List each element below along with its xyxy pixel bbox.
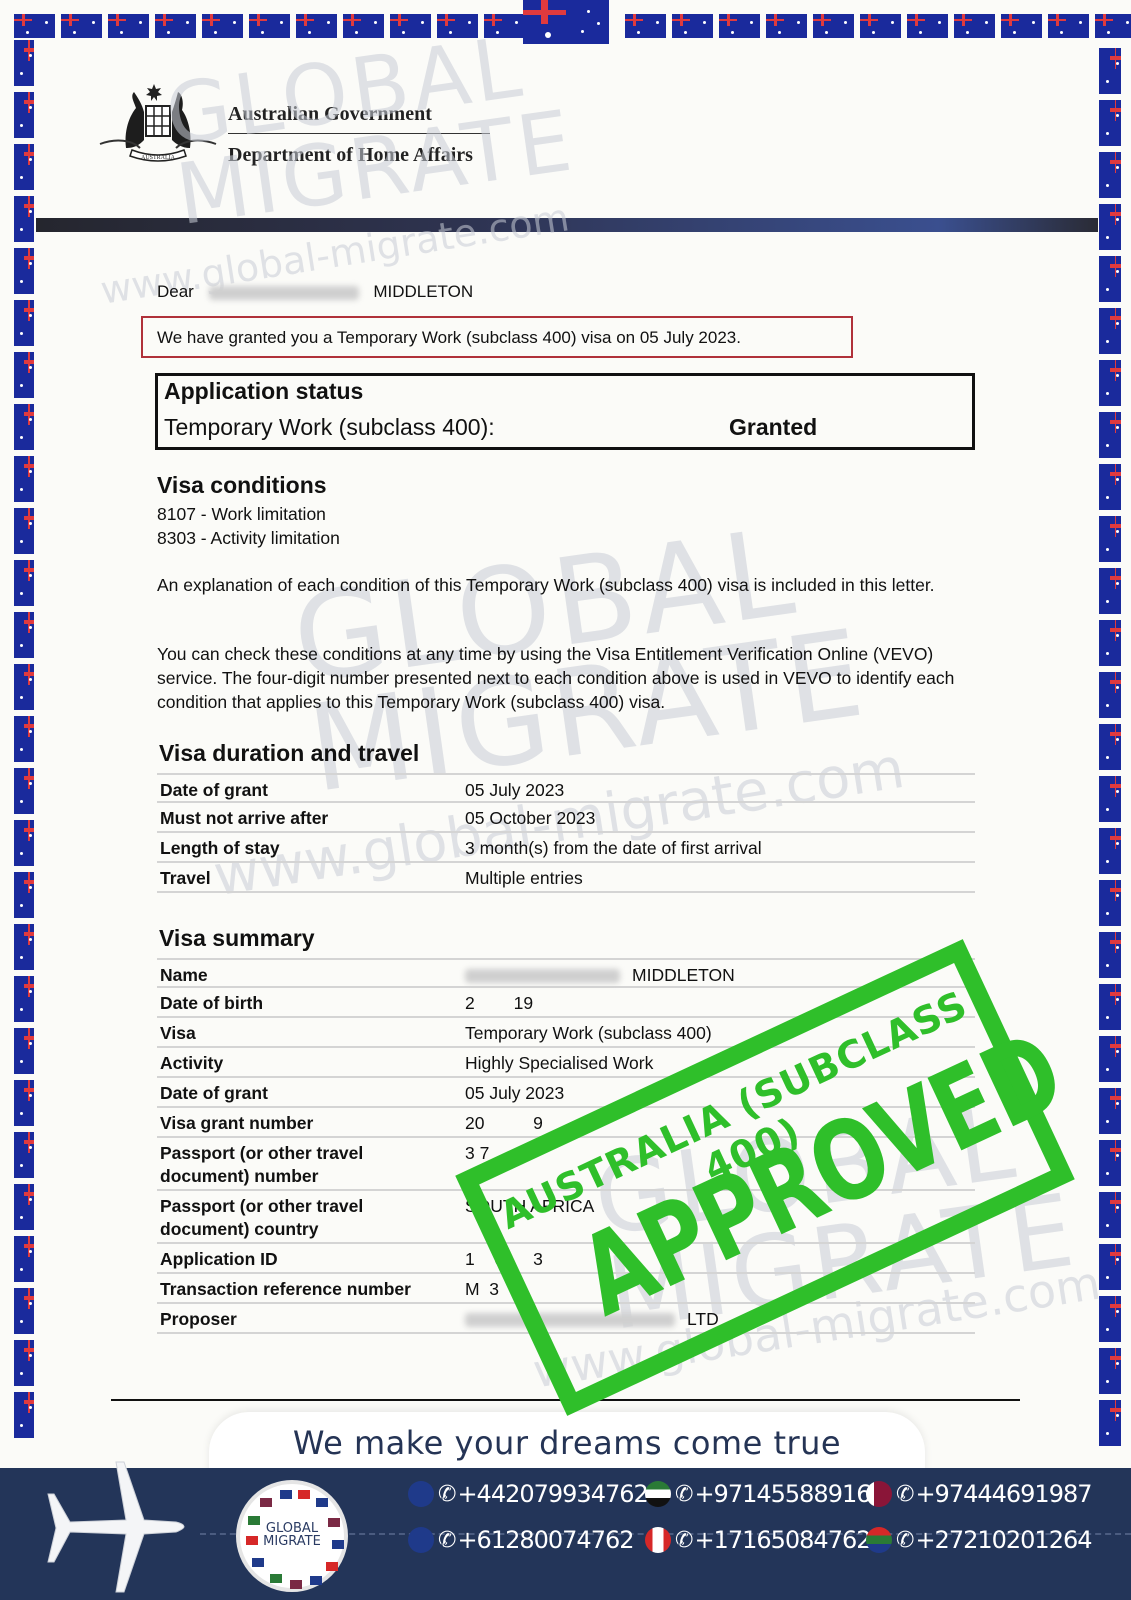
row-label: Proposer bbox=[157, 1308, 465, 1332]
uk-flag-icon bbox=[408, 1481, 434, 1507]
condition-item: 8107 - Work limitation bbox=[157, 502, 326, 526]
phone-australia[interactable]: ✆+61280074762 bbox=[408, 1526, 634, 1554]
application-status-box: Application status Temporary Work (subcl… bbox=[155, 373, 975, 450]
applicant-surname: MIDDLETON bbox=[373, 282, 473, 301]
row-label: Visa bbox=[157, 1022, 465, 1046]
phone-number[interactable]: +27210201264 bbox=[915, 1526, 1091, 1554]
row-label: Must not arrive after bbox=[157, 807, 465, 831]
phone-icon: ✆ bbox=[438, 1528, 455, 1553]
phone-canada[interactable]: ✆+17165084762 bbox=[645, 1526, 871, 1554]
global-migrate-logo: GLOBALMIGRATE bbox=[236, 1480, 348, 1592]
duration-heading: Visa duration and travel bbox=[159, 740, 419, 767]
row-value-text: MIDDLETON bbox=[632, 965, 735, 985]
south-africa-flag-icon bbox=[866, 1527, 892, 1553]
row-label: Application ID bbox=[157, 1248, 465, 1272]
header-bar bbox=[36, 218, 1098, 232]
vevo-explanation: You can check these conditions at any ti… bbox=[157, 642, 973, 714]
conditions-heading: Visa conditions bbox=[157, 472, 327, 499]
phone-icon: ✆ bbox=[896, 1528, 913, 1553]
phone-qatar[interactable]: ✆+97444691987 bbox=[866, 1480, 1092, 1508]
row-label: Date of grant bbox=[157, 1082, 465, 1106]
row-value: 05 October 2023 bbox=[465, 807, 975, 831]
redacted-given-name bbox=[209, 286, 359, 300]
duration-table: Date of grant05 July 2023Must not arrive… bbox=[157, 773, 975, 893]
row-label: Name bbox=[157, 964, 465, 986]
row-label: Visa grant number bbox=[157, 1112, 465, 1136]
condition-item: 8303 - Activity limitation bbox=[157, 526, 340, 550]
flag-border-right bbox=[1099, 40, 1121, 1440]
airplane-icon bbox=[26, 1458, 186, 1600]
redacted-value bbox=[465, 969, 620, 983]
row-label: Length of stay bbox=[157, 837, 465, 861]
phone-icon: ✆ bbox=[438, 1482, 455, 1507]
row-label: Passport (or other travel document) numb… bbox=[157, 1142, 450, 1189]
phone-number[interactable]: +17165084762 bbox=[694, 1526, 870, 1554]
svg-text:AUSTRALIA: AUSTRALIA bbox=[141, 155, 176, 161]
phone-icon: ✆ bbox=[896, 1482, 913, 1507]
row-value: Multiple entries bbox=[465, 867, 975, 891]
table-row: TravelMultiple entries bbox=[157, 863, 975, 893]
phone-number[interactable]: +61280074762 bbox=[457, 1526, 633, 1554]
phone-icon: ✆ bbox=[675, 1528, 692, 1553]
tagline: We make your dreams come true bbox=[209, 1424, 925, 1462]
row-value: 3 month(s) from the date of first arriva… bbox=[465, 837, 975, 861]
table-row: Length of stay3 month(s) from the date o… bbox=[157, 833, 975, 863]
phone-icon: ✆ bbox=[675, 1482, 692, 1507]
row-label: Date of birth bbox=[157, 992, 465, 1016]
row-label: Travel bbox=[157, 867, 465, 891]
salutation: Dear MIDDLETON bbox=[157, 282, 473, 302]
row-label: Passport (or other travel document) coun… bbox=[157, 1195, 450, 1242]
canada-flag-icon bbox=[645, 1527, 671, 1553]
row-label: Transaction reference number bbox=[157, 1278, 465, 1302]
conditions-explanation: An explanation of each condition of this… bbox=[157, 573, 967, 597]
row-value: 05 July 2023 bbox=[465, 779, 975, 801]
grant-notice-box: We have granted you a Temporary Work (su… bbox=[141, 316, 853, 358]
status-heading: Application status bbox=[164, 378, 363, 405]
table-row: Date of grant05 July 2023 bbox=[157, 773, 975, 803]
phone-uae[interactable]: ✆+97145588916 bbox=[645, 1480, 871, 1508]
contact-footer: GLOBALMIGRATE ✆+442079934762✆+9714558891… bbox=[0, 1468, 1131, 1600]
department-title: Department of Home Affairs bbox=[228, 144, 473, 167]
coat-of-arms-icon: AUSTRALIA bbox=[96, 78, 220, 170]
phone-number[interactable]: +97444691987 bbox=[915, 1480, 1091, 1508]
phone-uk[interactable]: ✆+442079934762 bbox=[408, 1480, 648, 1508]
phone-number[interactable]: +97145588916 bbox=[694, 1480, 870, 1508]
status-label: Temporary Work (subclass 400): bbox=[164, 414, 495, 441]
row-label: Date of grant bbox=[157, 779, 465, 801]
table-row: Must not arrive after05 October 2023 bbox=[157, 803, 975, 833]
grant-notice: We have granted you a Temporary Work (su… bbox=[157, 328, 741, 348]
header-divider bbox=[228, 133, 490, 134]
uae-flag-icon bbox=[645, 1481, 671, 1507]
australia-flag-icon bbox=[408, 1527, 434, 1553]
flag-border-left bbox=[14, 40, 34, 1440]
watermark-brand: GLOBALMIGRATE bbox=[161, 21, 580, 235]
table-row: NameMIDDLETON bbox=[157, 958, 975, 988]
status-badge: Granted bbox=[729, 414, 817, 441]
qatar-flag-icon bbox=[866, 1481, 892, 1507]
government-title: Australian Government bbox=[228, 103, 432, 126]
phone-south-africa[interactable]: ✆+27210201264 bbox=[866, 1526, 1092, 1554]
summary-heading: Visa summary bbox=[159, 925, 315, 952]
row-label: Activity bbox=[157, 1052, 465, 1076]
australian-flag-icon bbox=[523, 0, 609, 44]
phone-number[interactable]: +442079934762 bbox=[457, 1480, 647, 1508]
